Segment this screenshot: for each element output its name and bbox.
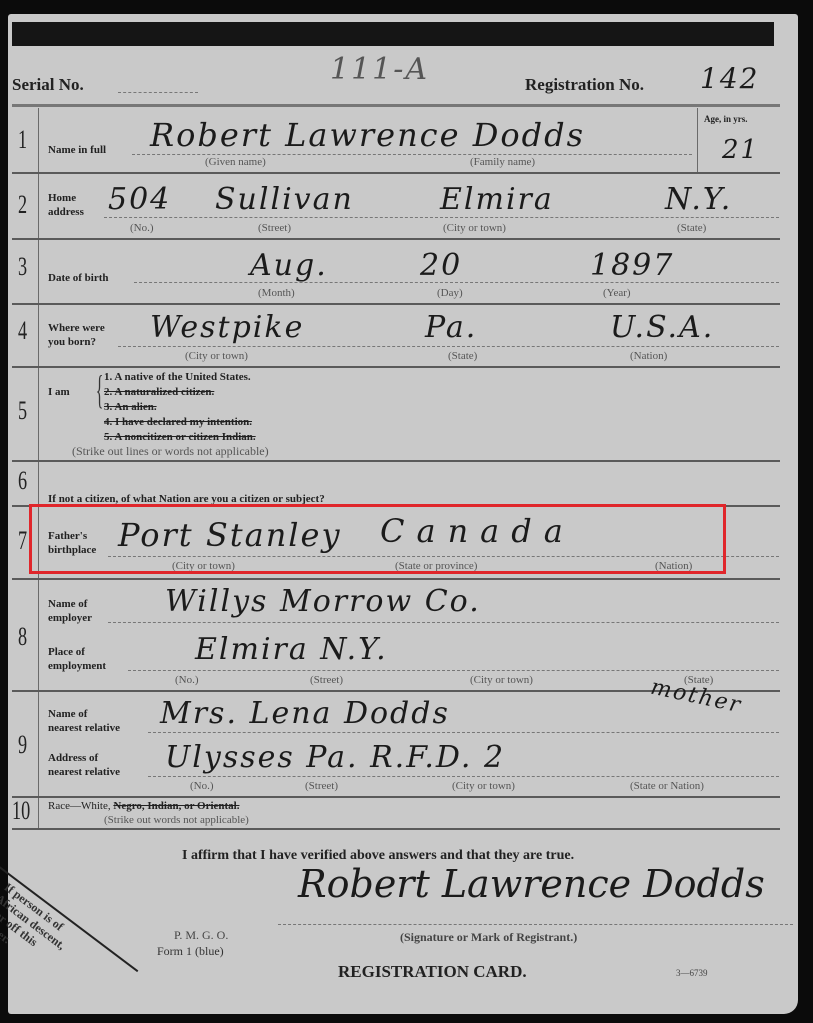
caption: (No.) [190,780,214,792]
option-indian: 5. A noncitizen or citizen Indian. [104,430,256,445]
employment-line [128,670,779,671]
address-city: Elmira [440,182,554,217]
row-number: 9 [18,730,27,760]
brace-icon: { [96,370,104,410]
row-number: 6 [18,466,27,496]
employment-value: Elmira N.Y. [195,632,388,667]
dob-month: Aug. [250,248,328,283]
dob-label: Date of birth [48,272,109,284]
divider [12,578,780,580]
divider [12,104,780,107]
caption: (Street) [310,674,343,686]
caption: (City or town) [470,674,533,686]
employment-label-2: employment [48,660,106,672]
row-number: 5 [18,396,27,426]
row-number: 2 [18,190,27,220]
employer-label: Name of [48,598,87,610]
row-number: 4 [18,316,27,346]
family-name-caption: (Family name) [470,156,535,168]
caption: (City or town) [443,222,506,234]
employment-label: Place of [48,646,85,658]
relative-value: Mrs. Lena Dodds [160,696,450,731]
birthplace-line [118,346,779,347]
row-number: 8 [18,622,27,652]
form-code: 3—6739 [676,968,708,978]
card-title: REGISTRATION CARD. [338,962,527,982]
registration-number: 142 [700,62,759,95]
employer-label-2: employer [48,612,92,624]
relative-label: Name of [48,708,87,720]
caption: (State) [448,350,477,362]
dob-day: 20 [420,248,462,283]
name-value: Robert Lawrence Dodds [150,116,585,154]
caption: (Month) [258,287,295,299]
divider [12,460,780,462]
address-label: address [48,206,84,218]
relative-address-label-2: nearest relative [48,766,120,778]
form-label: Form 1 (blue) [157,944,224,959]
dob-year: 1897 [590,248,674,283]
birth-city: Westpike [150,310,304,345]
citizenship-options: 1. A native of the United States. 2. A n… [104,370,256,445]
divider [12,796,780,798]
race-label: Race—White, Negro, Indian, or Oriental. [48,800,239,812]
highlight-box [29,504,726,574]
caption: (No.) [175,674,199,686]
race-note: (Strike out words not applicable) [104,814,249,826]
serial-label: Serial No. [12,75,84,95]
relative-address-line [148,776,779,777]
birth-nation: U.S.A. [610,310,714,345]
row-number: 3 [18,252,27,282]
employer-line [108,622,779,623]
option-alien: 3. An alien. [104,400,256,415]
divider [12,828,780,830]
caption: (No.) [130,222,154,234]
given-name-caption: (Given name) [205,156,266,168]
signature: Robert Lawrence Dodds [298,862,765,906]
serial-value: 111-A [330,52,429,87]
employer-value: Willys Morrow Co. [165,584,481,619]
caption: (Day) [437,287,463,299]
age-label: Age, in yrs. [704,114,748,124]
serial-line [118,92,198,93]
signature-caption: (Signature or Mark of Registrant.) [400,930,577,945]
pmgo-label: P. M. G. O. [174,928,228,943]
birth-state: Pa. [425,310,477,345]
relative-label-2: nearest relative [48,722,120,734]
caption: (City or town) [185,350,248,362]
signature-line [278,924,793,925]
citizenship-label: I am [48,386,70,398]
birthplace-label-2: you born? [48,336,96,348]
name-label: Name in full [48,144,106,156]
left-margin-line [38,108,39,828]
race-white: Race—White, [48,800,111,812]
divider [12,172,780,174]
home-label: Home [48,192,76,204]
caption: (Year) [603,287,631,299]
option-declared: 4. I have declared my intention. [104,415,256,430]
address-number: 504 [108,182,171,217]
caption: (Street) [258,222,291,234]
age-divider [697,108,698,172]
option-native: 1. A native of the United States. [104,370,256,385]
caption: (Nation) [630,350,667,362]
caption: (Street) [305,780,338,792]
divider [12,238,780,240]
name-line [132,154,692,155]
row-number: 10 [12,796,30,826]
address-street: Sullivan [215,182,354,217]
address-state: N.Y. [665,182,732,217]
relative-address-label: Address of [48,752,98,764]
row-number: 7 [18,526,27,556]
caption: (City or town) [452,780,515,792]
card-top-band [12,22,774,46]
registration-label: Registration No. [525,75,644,95]
option-naturalized: 2. A naturalized citizen. [104,385,256,400]
caption: (State) [677,222,706,234]
address-line [104,217,779,218]
divider [12,303,780,305]
age-value: 21 [722,135,759,165]
strike-note: (Strike out lines or words not applicabl… [72,444,269,459]
divider [12,366,780,368]
row-number: 1 [18,125,27,155]
race-struck: Negro, Indian, or Oriental. [113,800,239,812]
birthplace-label: Where were [48,322,105,334]
caption: (State or Nation) [630,780,704,792]
relative-address-value: Ulysses Pa. R.F.D. 2 [165,740,505,775]
relative-line [148,732,779,733]
